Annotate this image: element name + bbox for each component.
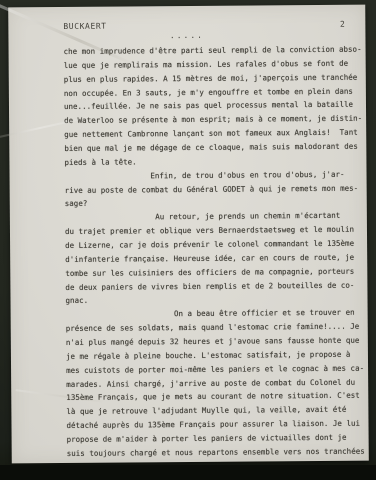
- separator-dots: .....: [8, 30, 365, 41]
- paper-sheet: BUCKAERT 2 ..... che mon imprudence d'êt…: [8, 5, 369, 464]
- page-number: 2: [340, 20, 345, 29]
- scan-edge-bottom: [0, 465, 376, 480]
- typed-lines: che mon imprudence d'être parti seul rem…: [9, 43, 369, 462]
- typed-line: bien que mal je me dégage de ce cloaque,…: [64, 140, 366, 156]
- typed-line: suis toujours chargé et nous repartons e…: [67, 445, 369, 461]
- document-author: BUCKAERT: [63, 22, 106, 31]
